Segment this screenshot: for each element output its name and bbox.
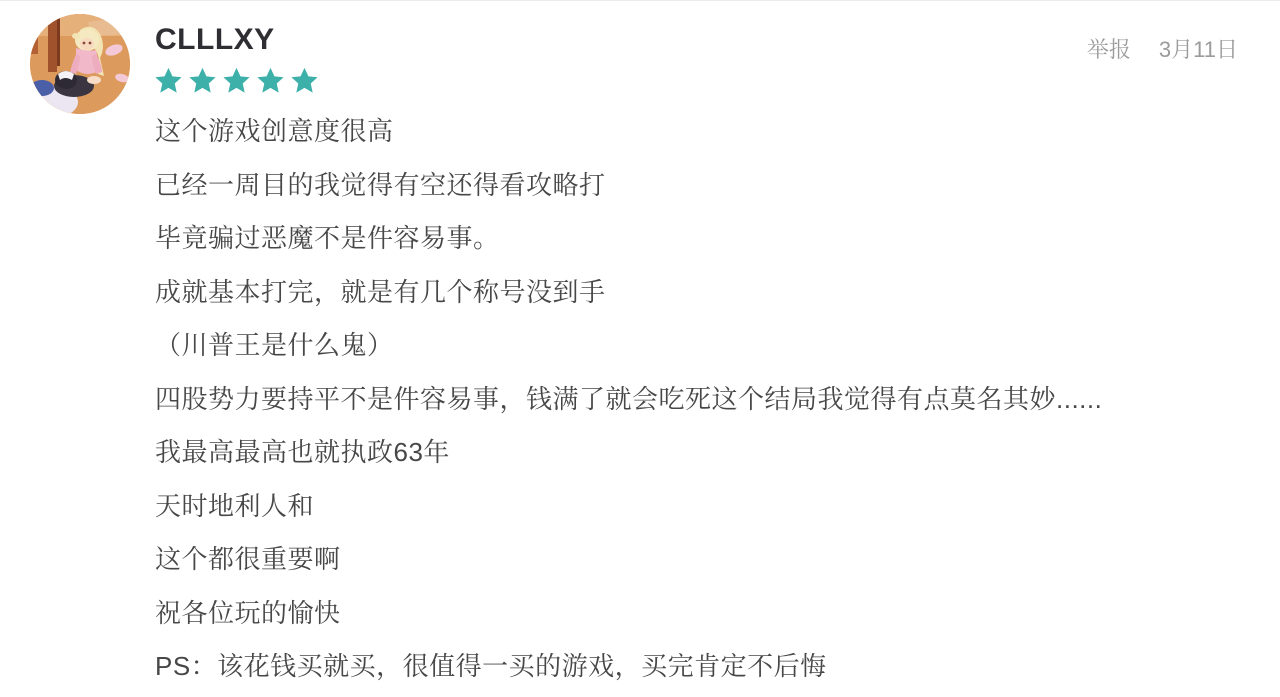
review-line: 天时地利人和 bbox=[155, 480, 1260, 534]
review-body: 这个游戏创意度很高已经一周目的我觉得有空还得看攻略打毕竟骗过恶魔不是件容易事。成… bbox=[155, 105, 1260, 694]
review-line: 我最高最高也就执政63年 bbox=[155, 426, 1260, 480]
review-line: 这个都很重要啊 bbox=[155, 533, 1260, 587]
review-line: 这个游戏创意度很高 bbox=[155, 105, 1260, 159]
avatar-image bbox=[30, 14, 130, 114]
report-button[interactable]: 举报 bbox=[1087, 33, 1131, 64]
avatar[interactable] bbox=[30, 14, 130, 114]
star-icon bbox=[189, 67, 216, 93]
star-icon bbox=[155, 67, 182, 93]
review-line: 已经一周目的我觉得有空还得看攻略打 bbox=[155, 159, 1260, 213]
star-icon bbox=[257, 67, 284, 93]
review-meta: 举报 3月11日 bbox=[1087, 33, 1238, 64]
review-line: 成就基本打完，就是有几个称号没到手 bbox=[155, 266, 1260, 320]
review-line: （川普王是什么鬼） bbox=[155, 319, 1260, 373]
review-line: 祝各位玩的愉快 bbox=[155, 587, 1260, 641]
star-icon bbox=[291, 67, 318, 93]
review-date: 3月11日 bbox=[1159, 33, 1238, 64]
star-rating bbox=[155, 67, 318, 93]
review-line: PS：该花钱买就买，很值得一买的游戏，买完肯定不后悔 bbox=[155, 640, 1260, 694]
username[interactable]: CLLLXY bbox=[155, 23, 275, 57]
star-icon bbox=[223, 67, 250, 93]
review-line: 四股势力要持平不是件容易事，钱满了就会吃死这个结局我觉得有点莫名其妙...... bbox=[155, 373, 1260, 427]
review-card: CLLLXY 举报 3月11日 这个游戏创意度很高已经一周目的我觉得有空还得看攻… bbox=[0, 0, 1280, 697]
review-line: 毕竟骗过恶魔不是件容易事。 bbox=[155, 212, 1260, 266]
